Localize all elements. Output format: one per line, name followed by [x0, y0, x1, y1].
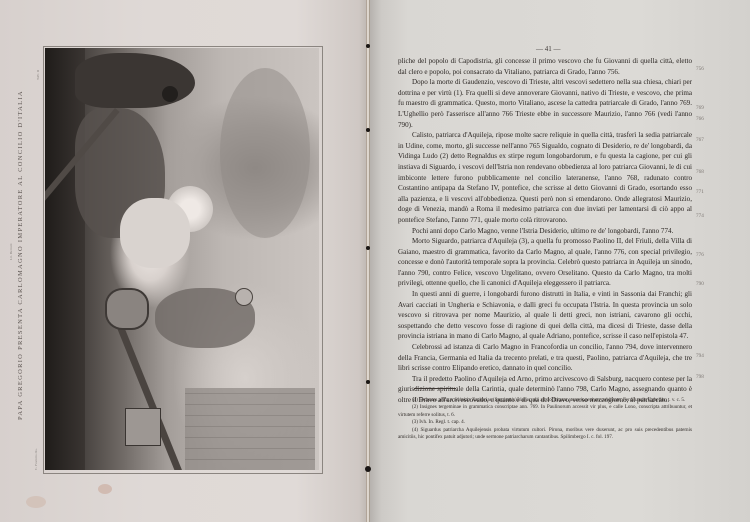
foreground-shadow — [45, 48, 85, 470]
margin-year: 776 — [696, 252, 704, 258]
paragraph: Dopo la morte di Gaudenzio, vescovo di T… — [398, 77, 692, 130]
paragraph: Calisto, patriarca d'Aquileja, ripose mo… — [398, 130, 692, 225]
engraving-illustration — [45, 48, 319, 470]
margin-year: 769 — [696, 105, 704, 111]
paragraph: Pochi anni dopo Carlo Magno, venne l'Ist… — [398, 226, 692, 237]
margin-year: 756 — [696, 66, 704, 72]
plate-caption: PAPA GREGORIO PRESENTA CARLOMAGNO IMPERA… — [17, 90, 24, 420]
margin-year: 790 — [696, 281, 704, 287]
paper-stain — [26, 496, 46, 508]
footnote: (3) Ivh. In. Regl. t. cap. 4. — [398, 419, 692, 426]
binding-stitch — [366, 380, 370, 384]
footnotes: (1) Sedentes primus ad initia Zacharias … — [398, 397, 692, 441]
plate-credit-bottom: C. Favretto dis. — [34, 448, 38, 470]
margin-year: 771 — [696, 189, 704, 195]
binding-stitch — [365, 466, 371, 472]
paragraph: Celebrossi ad istanza di Carlo Magno in … — [398, 342, 692, 374]
left-page: PAPA GREGORIO PRESENTA CARLOMAGNO IMPERA… — [0, 0, 370, 522]
plate-number: TAV. II — [36, 70, 40, 80]
barrel — [105, 288, 149, 330]
binding-stitch — [366, 44, 370, 48]
stone-wall — [185, 388, 315, 470]
crate — [125, 408, 161, 446]
paragraph: In questi anni di guerre, i longobardi f… — [398, 289, 692, 342]
footnote: (4) Siguardus patriarcha Aquilejensis pr… — [398, 427, 692, 442]
margin-year: 794 — [696, 353, 704, 359]
body-text: pliche del popolo di Capodistria, gli co… — [398, 56, 692, 406]
margin-year: 768 — [696, 169, 704, 175]
margin-year: 798 — [696, 374, 704, 380]
dark-figure-group — [75, 53, 195, 108]
mother-child-figure — [120, 198, 190, 268]
margin-year: 766 — [696, 116, 704, 122]
book-gutter — [366, 0, 370, 522]
paragraph: pliche del popolo di Capodistria, gli co… — [398, 56, 692, 77]
footnote-divider — [414, 388, 456, 389]
paragraph: Morto Siguardo, patriarca d'Aquileja (3)… — [398, 236, 692, 289]
paper-stain — [98, 484, 112, 494]
plate-credit-top: Lit. Bertotti — [9, 243, 13, 260]
figure-head — [162, 86, 178, 102]
binding-stitch — [366, 246, 370, 250]
footnote: (2) Insignes tergeminae in grammatica co… — [398, 404, 692, 419]
margin-year: 774 — [696, 213, 704, 219]
open-book-spread: PAPA GREGORIO PRESENTA CARLOMAGNO IMPERA… — [0, 0, 750, 522]
page-number: — 41 — — [536, 45, 561, 53]
margin-year: 767 — [696, 137, 704, 143]
bishop-head — [235, 288, 253, 306]
smoke-cloud — [220, 68, 310, 238]
binding-stitch — [366, 128, 370, 132]
